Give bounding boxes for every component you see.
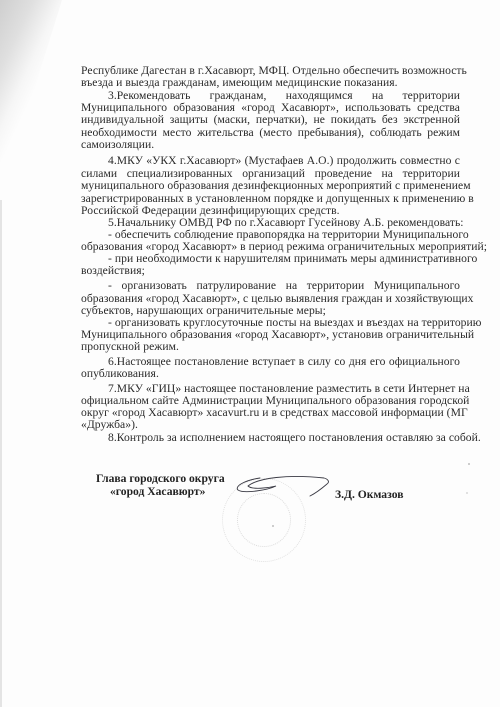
signatory-name: З.Д. Окмазов <box>335 488 403 501</box>
signatory-title: Глава городского округа <box>96 472 225 485</box>
text-line: самоизоляции. <box>81 139 460 151</box>
scan-speck <box>466 492 468 494</box>
text-line: воздействия; <box>81 265 460 277</box>
text-line: муниципального образования дезинфекционн… <box>81 180 460 192</box>
text-line: опубликования. <box>81 368 460 380</box>
paragraph-8-start: 8.Контроль за исполнением настоящего пос… <box>108 432 460 444</box>
handwritten-signature <box>228 466 334 500</box>
list-item-start: - организовать патрулирование на террито… <box>108 280 460 292</box>
stamp-emblem <box>237 493 291 547</box>
scan-speck <box>468 463 470 465</box>
signatory-organization: «город Хасавюрт» <box>110 485 205 498</box>
text-line: пропускной режим. <box>81 341 460 353</box>
scan-speck <box>272 525 274 527</box>
text-line: въезда и выезда гражданам, имеющим медиц… <box>81 77 460 89</box>
paragraph-4-start: 4.МКУ «УКХ г.Хасавюрт» (Мустафаев А.О.) … <box>108 155 460 167</box>
text-line: «Дружба»). <box>81 419 460 431</box>
text-line: индивидуальной защиты (маски, перчатки),… <box>81 114 460 126</box>
list-item-start: - при необходимости к нарушителям приним… <box>108 253 460 265</box>
paragraph-6-start: 6.Настоящее постановление вступает в сил… <box>108 356 460 368</box>
scan-page-edge <box>0 200 2 707</box>
